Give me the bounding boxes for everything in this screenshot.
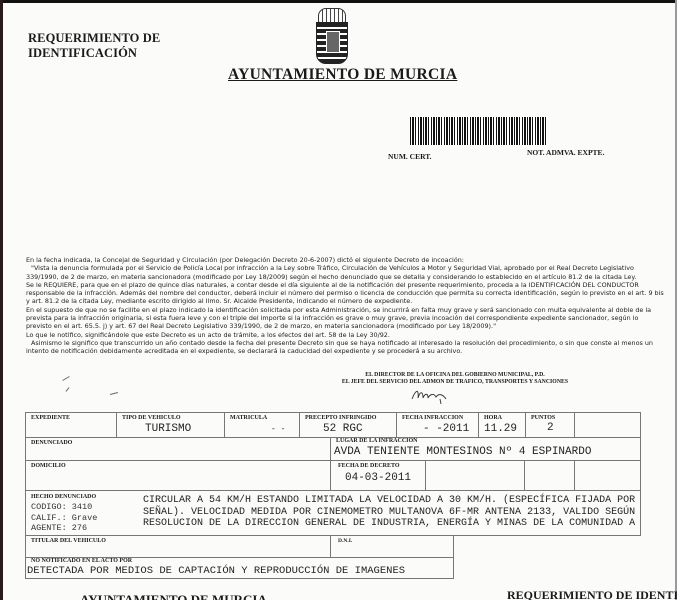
hecho-codigo: CODIGO: 3410 (31, 502, 97, 513)
tipo-vehiculo-cell: TIPO DE VEHICULO TURISMO (116, 412, 225, 438)
denunciado-cell: DENUNCIADO (25, 437, 331, 461)
document-type-line-1: REQUERIMIENTO DE (28, 31, 160, 46)
signatory-line-1: EL DIRECTOR DE LA OFICINA DEL GOBIERNO M… (340, 372, 570, 379)
hecho-text-line-1: CIRCULAR A 54 KM/H ESTANDO LIMITADA LA V… (143, 495, 635, 507)
fecha-decreto-label: FECHA DE DECRETO (338, 463, 400, 469)
shield-icon (316, 22, 348, 64)
lugar-cell: LUGAR DE LA INFRACCION AVDA TENIENTE MON… (330, 437, 641, 461)
lugar-label: LUGAR DE LA INFRACCION (336, 438, 418, 444)
paragraph: "Vista la denuncia formulada por el Serv… (26, 264, 666, 281)
crown-icon (318, 8, 346, 23)
empty-cell (574, 460, 641, 491)
paragraph: Lo que le notifico, significándole que e… (26, 331, 666, 339)
hecho-text-line-2: SEÑAL). VELOCIDAD MEDIDA POR CINEMOMETRO… (143, 507, 635, 519)
titular-cell: TITULAR DEL VEHICULO (25, 535, 331, 558)
empty-cell (574, 412, 641, 438)
hora-label: HORA (484, 415, 502, 421)
footer-authority: AYUNTAMIENTO DE MURCIA (80, 592, 267, 600)
fecha-infraccion-value: - -2011 (423, 423, 469, 435)
not-admva-label: NOT. ADMVA. EXPTE. (527, 148, 604, 157)
matricula-label: MATRICULA (230, 415, 267, 421)
barcode (410, 117, 547, 145)
denunciado-label: DENUNCIADO (31, 440, 72, 446)
empty-cell (425, 460, 525, 491)
scan-border-left (0, 0, 3, 600)
scan-mark (62, 376, 69, 381)
fecha-decreto-cell: FECHA DE DECRETO 04-03-2011 (330, 460, 426, 491)
footer-doc-type: REQUERIMIENTO DE IDENTIFICACIÓ (507, 588, 677, 600)
titular-label: TITULAR DEL VEHICULO (31, 538, 106, 544)
dni-cell: D.N.I. (330, 535, 454, 558)
empty-cell (524, 460, 575, 491)
scan-mark (110, 392, 118, 395)
hecho-denunciado-cell: HECHO DENUNCIADO CODIGO: 3410 CALIF.: Gr… (25, 490, 641, 536)
paragraph: En la fecha indicada, la Concejal de Seg… (26, 256, 666, 264)
hecho-agente: AGENTE: 276 (31, 523, 97, 534)
hora-value: 11.29 (484, 423, 517, 435)
fecha-infraccion-label: FECHA INFRACCION (402, 415, 463, 421)
authority-title: AYUNTAMIENTO DE MURCIA (228, 66, 457, 84)
precepto-value: 52 RGC (323, 423, 363, 435)
expediente-cell: EXPEDIENTE (25, 412, 117, 438)
coat-of-arms-icon (314, 8, 348, 64)
hora-cell: HORA 11.29 (478, 412, 526, 438)
signatory-block: EL DIRECTOR DE LA OFICINA DEL GOBIERNO M… (340, 372, 570, 386)
hecho-label: HECHO DENUNCIADO (31, 494, 96, 500)
domicilio-cell: DOMICILIO (25, 460, 331, 491)
puntos-value: 2 (547, 422, 554, 434)
no-notificado-value: DETECTADA POR MEDIOS DE CAPTACIÓN Y REPR… (27, 565, 405, 577)
hecho-calificacion: CALIF.: Grave (31, 513, 97, 524)
lugar-value: AVDA TENIENTE MONTESINOS Nº 4 ESPINARDO (334, 446, 591, 458)
paragraph: En el supuesto de que no se facilite en … (26, 306, 666, 331)
no-notificado-cell: NO NOTIFICADO EN EL ACTO POR DETECTADA P… (25, 557, 454, 579)
precepto-cell: PRECEPTO INFRINGIDO 52 RGC (299, 412, 397, 438)
expediente-label: EXPEDIENTE (31, 415, 70, 421)
matricula-value: - - (271, 425, 285, 434)
matricula-cell: MATRICULA - - (224, 412, 300, 438)
document-type-line-2: IDENTIFICACIÓN (28, 46, 160, 61)
document-type-heading: REQUERIMIENTO DE IDENTIFICACIÓN (28, 31, 160, 61)
tipo-vehiculo-label: TIPO DE VEHICULO (122, 415, 181, 421)
hecho-text-line-3: RESOLUCION DE LA DIRECCION GENERAL DE IN… (143, 518, 635, 530)
paragraph: Asimismo le significo que transcurrido u… (26, 339, 666, 356)
scan-mark (66, 387, 70, 391)
paragraph: Se le REQUIERE, para que en el plazo de … (26, 281, 666, 306)
no-notificado-label: NO NOTIFICADO EN EL ACTO POR (31, 558, 132, 564)
fecha-decreto-value: 04-03-2011 (345, 472, 411, 484)
puntos-cell: PUNTOS 2 (525, 412, 575, 438)
signatory-line-2: EL JEFE DEL SERVICIO DEL ADMON DE TRAFIC… (340, 379, 570, 386)
signature-icon (410, 385, 450, 405)
fecha-infraccion-cell: FECHA INFRACCION - -2011 (396, 412, 479, 438)
scan-border-top (0, 0, 677, 3)
num-cert-label: NUM. CERT. (388, 152, 432, 161)
decree-body: En la fecha indicada, la Concejal de Seg… (26, 256, 666, 356)
domicilio-label: DOMICILIO (31, 463, 66, 469)
precepto-label: PRECEPTO INFRINGIDO (305, 415, 376, 421)
dni-label: D.N.I. (338, 538, 352, 544)
tipo-vehiculo-value: TURISMO (145, 423, 191, 435)
puntos-label: PUNTOS (531, 415, 555, 421)
